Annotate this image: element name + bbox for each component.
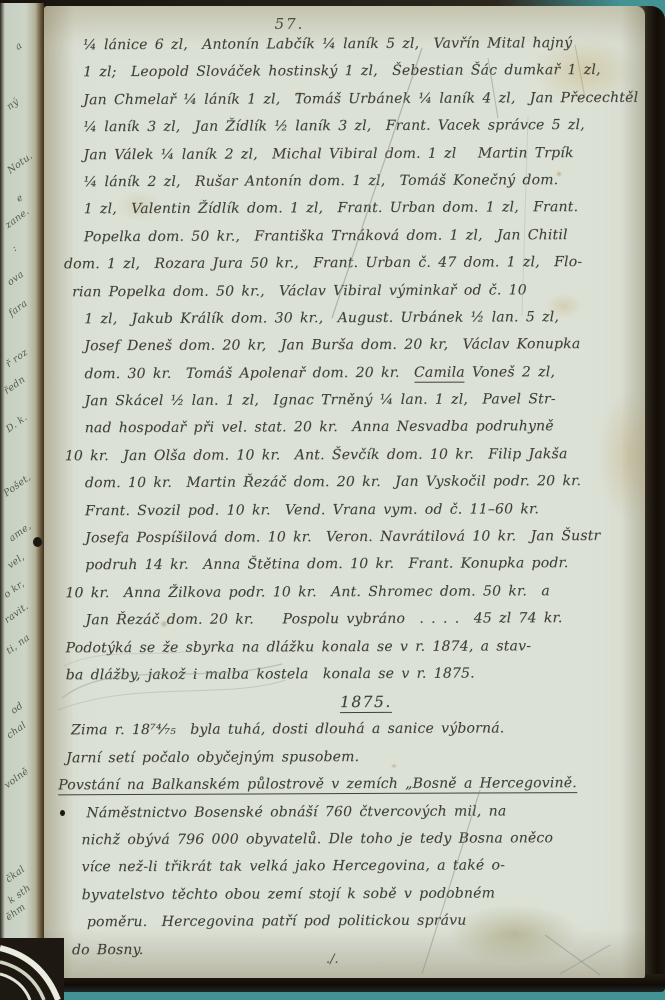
previous-page-text-fragment: D. k. — [4, 412, 30, 435]
manuscript-line: nichž obývá 796 000 obyvatelů. Dle toho … — [81, 830, 646, 860]
manuscript-line: 1 zl, Jakub Králík dom. 30 kr., August. … — [84, 309, 644, 339]
previous-page-text-fragment: Pošet, — [2, 472, 33, 499]
manuscript-page: 57. ¼ lánice 6 zl, Antonín Labčík ¼ laní… — [44, 6, 645, 978]
manuscript-line: rian Popelka dom. 50 kr., Václav Vibiral… — [72, 281, 644, 311]
section-heading-text: Povstání na Balkanském půlostrově v zemí… — [58, 775, 577, 795]
previous-page-text-fragment: Notu. — [5, 151, 35, 177]
previous-page-text-fragment: vel, — [6, 552, 27, 572]
previous-page-edge: anýNotu.ezane.:ovafarař rozřednD. k.Poše… — [0, 3, 44, 986]
manuscript-line: Náměstnictvo Bosenské obnáší 760 čtverco… — [86, 802, 646, 832]
manuscript-line: Jan Skácel ½ lan. 1 zl, Ignac Trněný ¼ l… — [85, 391, 645, 421]
manuscript-line: poměru. Hercegovina patří pod politickou… — [87, 912, 647, 942]
manuscript-line: Josefa Pospíšilová dom. 10 kr. Veron. Na… — [85, 528, 645, 558]
manuscript-line: Podotýká se že sbyrka na dlážku konala s… — [66, 637, 646, 667]
manuscript-line: 10 kr. Jan Olša dom. 10 kr. Ant. Ševčík … — [65, 446, 645, 476]
scanned-book-photo: anýNotu.ezane.:ovafarař rozřednD. k.Poše… — [0, 0, 665, 1000]
manuscript-line: více než-li třikrát tak velká jako Herce… — [82, 857, 647, 887]
manuscript-line: do Bosny. — [72, 939, 647, 969]
previous-page-text-fragment: fara — [7, 298, 30, 319]
underlined-word: Camila — [414, 364, 465, 382]
previous-page-text-fragment: od — [9, 700, 26, 716]
previous-page-text-fragment: čkal — [4, 864, 27, 885]
previous-page-text-fragment: ř roz — [4, 347, 30, 370]
manuscript-line: Zima r. 18⁷⁴⁄₇₅ byla tuhá, dosti dlouhá … — [71, 720, 646, 750]
manuscript-line: ba dlážby, jakož i malba kostela konala … — [66, 665, 646, 695]
manuscript-line: nad hospodař při vel. stat. 20 kr. Anna … — [85, 418, 645, 448]
manuscript-line: ¼ láník 2 zl, Rušar Antonín dom. 1 zl, T… — [84, 172, 644, 202]
manuscript-line: Jan Chmelař ¼ láník 1 zl, Tomáš Urbánek … — [83, 90, 643, 120]
manuscript-line: 1 zl, Valentin Žídlík dom. 1 zl, Frant. … — [84, 199, 644, 229]
manuscript-line: Frant. Svozil pod. 10 kr. Vend. Vrana vy… — [85, 500, 645, 530]
year-heading-text: 1875. — [340, 693, 392, 713]
previous-page-text-fragment: ný — [5, 96, 21, 112]
previous-page-text-fragment: ti, na — [4, 632, 32, 656]
manuscript-line: ¼ laník 3 zl, Jan Žídlík ½ laník 3 zl, F… — [83, 117, 643, 147]
previous-page-text-fragment: o kr, — [2, 578, 27, 600]
previous-page-text-fragment: ravit. — [2, 601, 31, 626]
manuscript-line: dom. 30 kr. Tomáš Apolenař dom. 20 kr. C… — [84, 363, 644, 393]
previous-page-text-fragment: e — [14, 192, 25, 204]
previous-page-text-fragment: volně — [2, 766, 31, 791]
previous-page-text-fragment: ame, — [7, 521, 33, 544]
previous-page-text-fragment: zane. — [3, 206, 31, 231]
previous-page-text-fragment: ova — [5, 269, 26, 288]
manuscript-line: dom. 1 zl, Rozara Jura 50 kr., Frant. Ur… — [64, 254, 644, 284]
manuscript-line: Povstání na Balkanském půlostrově v zemí… — [58, 775, 646, 805]
manuscript-line: Jarní setí počalo obyčejným spusobem. — [66, 748, 646, 778]
closing-mark: ./. — [326, 952, 339, 967]
manuscript-line: 10 kr. Anna Žilkova podr. 10 kr. Ant. Sh… — [65, 583, 645, 613]
binding-hole — [33, 537, 42, 547]
manuscript-line: Jan Řezáč dom. 20 kr. Pospolu vybráno . … — [85, 610, 645, 640]
manuscript-line: 1 zl; Leopold Slováček hostinský 1 zl, Š… — [83, 62, 643, 92]
manuscript-line: dom. 10 kr. Martin Řezáč dom. 20 kr. Jan… — [85, 473, 645, 503]
previous-page-text-fragment: a — [13, 40, 24, 52]
previous-page-text-fragment: chal — [5, 720, 29, 741]
previous-page-text-fragment: : — [10, 243, 19, 254]
text-segment: Voneš 2 zl, — [465, 364, 555, 380]
manuscript-line: 1875. — [86, 692, 646, 722]
manuscript-line: ¼ lánice 6 zl, Antonín Labčík ¼ laník 5 … — [83, 35, 643, 65]
text-segment: dom. 30 kr. Tomáš Apolenař dom. 20 kr. — [84, 364, 414, 381]
manuscript-line: Jan Válek ¼ laník 2 zl, Michal Vibiral d… — [83, 144, 643, 174]
manuscript-line: Popelka dom. 50 kr., Františka Trnáková … — [84, 227, 644, 257]
manuscript-line: Josef Deneš dom. 20 kr, Jan Burša dom. 2… — [84, 336, 644, 366]
previous-page-text-fragment: ěhm — [4, 902, 28, 924]
manuscript-text: ¼ lánice 6 zl, Antonín Labčík ¼ laník 5 … — [83, 35, 647, 969]
previous-page-text-fragment: ředn — [2, 374, 28, 397]
page-corner-curl — [0, 930, 90, 1000]
manuscript-line: byvatelstvo těchto obou zemí stojí k sob… — [82, 884, 647, 914]
manuscript-line: podruh 14 kr. Anna Štětina dom. 10 kr. F… — [85, 555, 645, 585]
page-number: 57. — [0, 15, 590, 33]
ink-spot — [60, 810, 65, 816]
